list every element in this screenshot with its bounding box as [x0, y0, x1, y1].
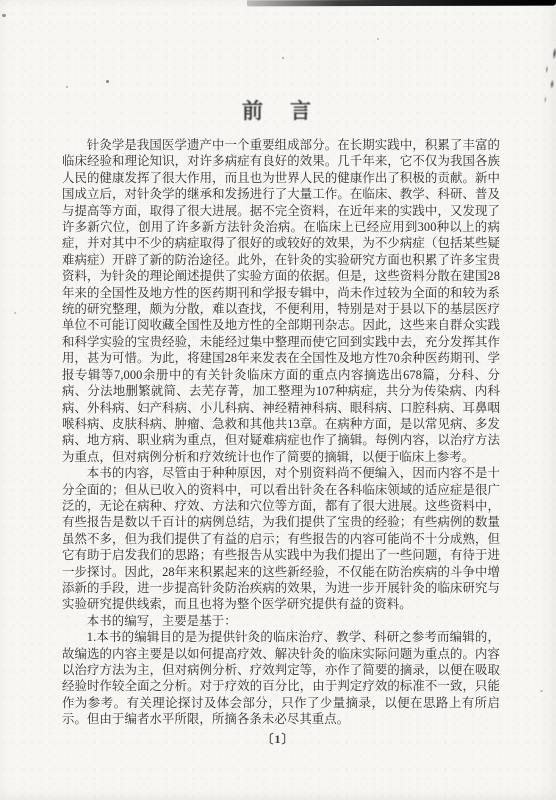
scan-speck — [14, 312, 16, 314]
scan-speck — [66, 86, 68, 88]
paragraph-basis-item-1: 1.本书的编辑目的是为提供针灸的临床治疗、教学、科研之参考而编辑的，故编选的内容… — [62, 629, 500, 727]
paragraph-content-overview: 本书的内容，尽管由于种种原因，对个别资料尚不便编入，因而内容不是十分全面的；但从… — [62, 465, 500, 613]
scan-speck — [282, 57, 284, 59]
page-number: 〔1〕 — [0, 730, 556, 747]
scan-speck — [377, 38, 379, 40]
scan-speck — [106, 80, 109, 83]
paragraph-intro: 针灸学是我国医学遗产中一个重要组成部分。在长期实践中，积累了丰富的临床经验和理论… — [62, 137, 500, 465]
scan-speck — [2, 14, 6, 17]
document-body: 针灸学是我国医学遗产中一个重要组成部分。在长期实践中，积累了丰富的临床经验和理论… — [62, 137, 500, 728]
scanned-book-page: 前 言 针灸学是我国医学遗产中一个重要组成部分。在长期实践中，积累了丰富的临床经… — [0, 0, 556, 800]
page-title: 前 言 — [0, 95, 556, 125]
scan-speck — [540, 690, 543, 692]
paragraph-basis-lead: 本书的编写，主要是基于： — [62, 613, 500, 629]
scan-artifact-top-edge — [247, 0, 556, 6]
